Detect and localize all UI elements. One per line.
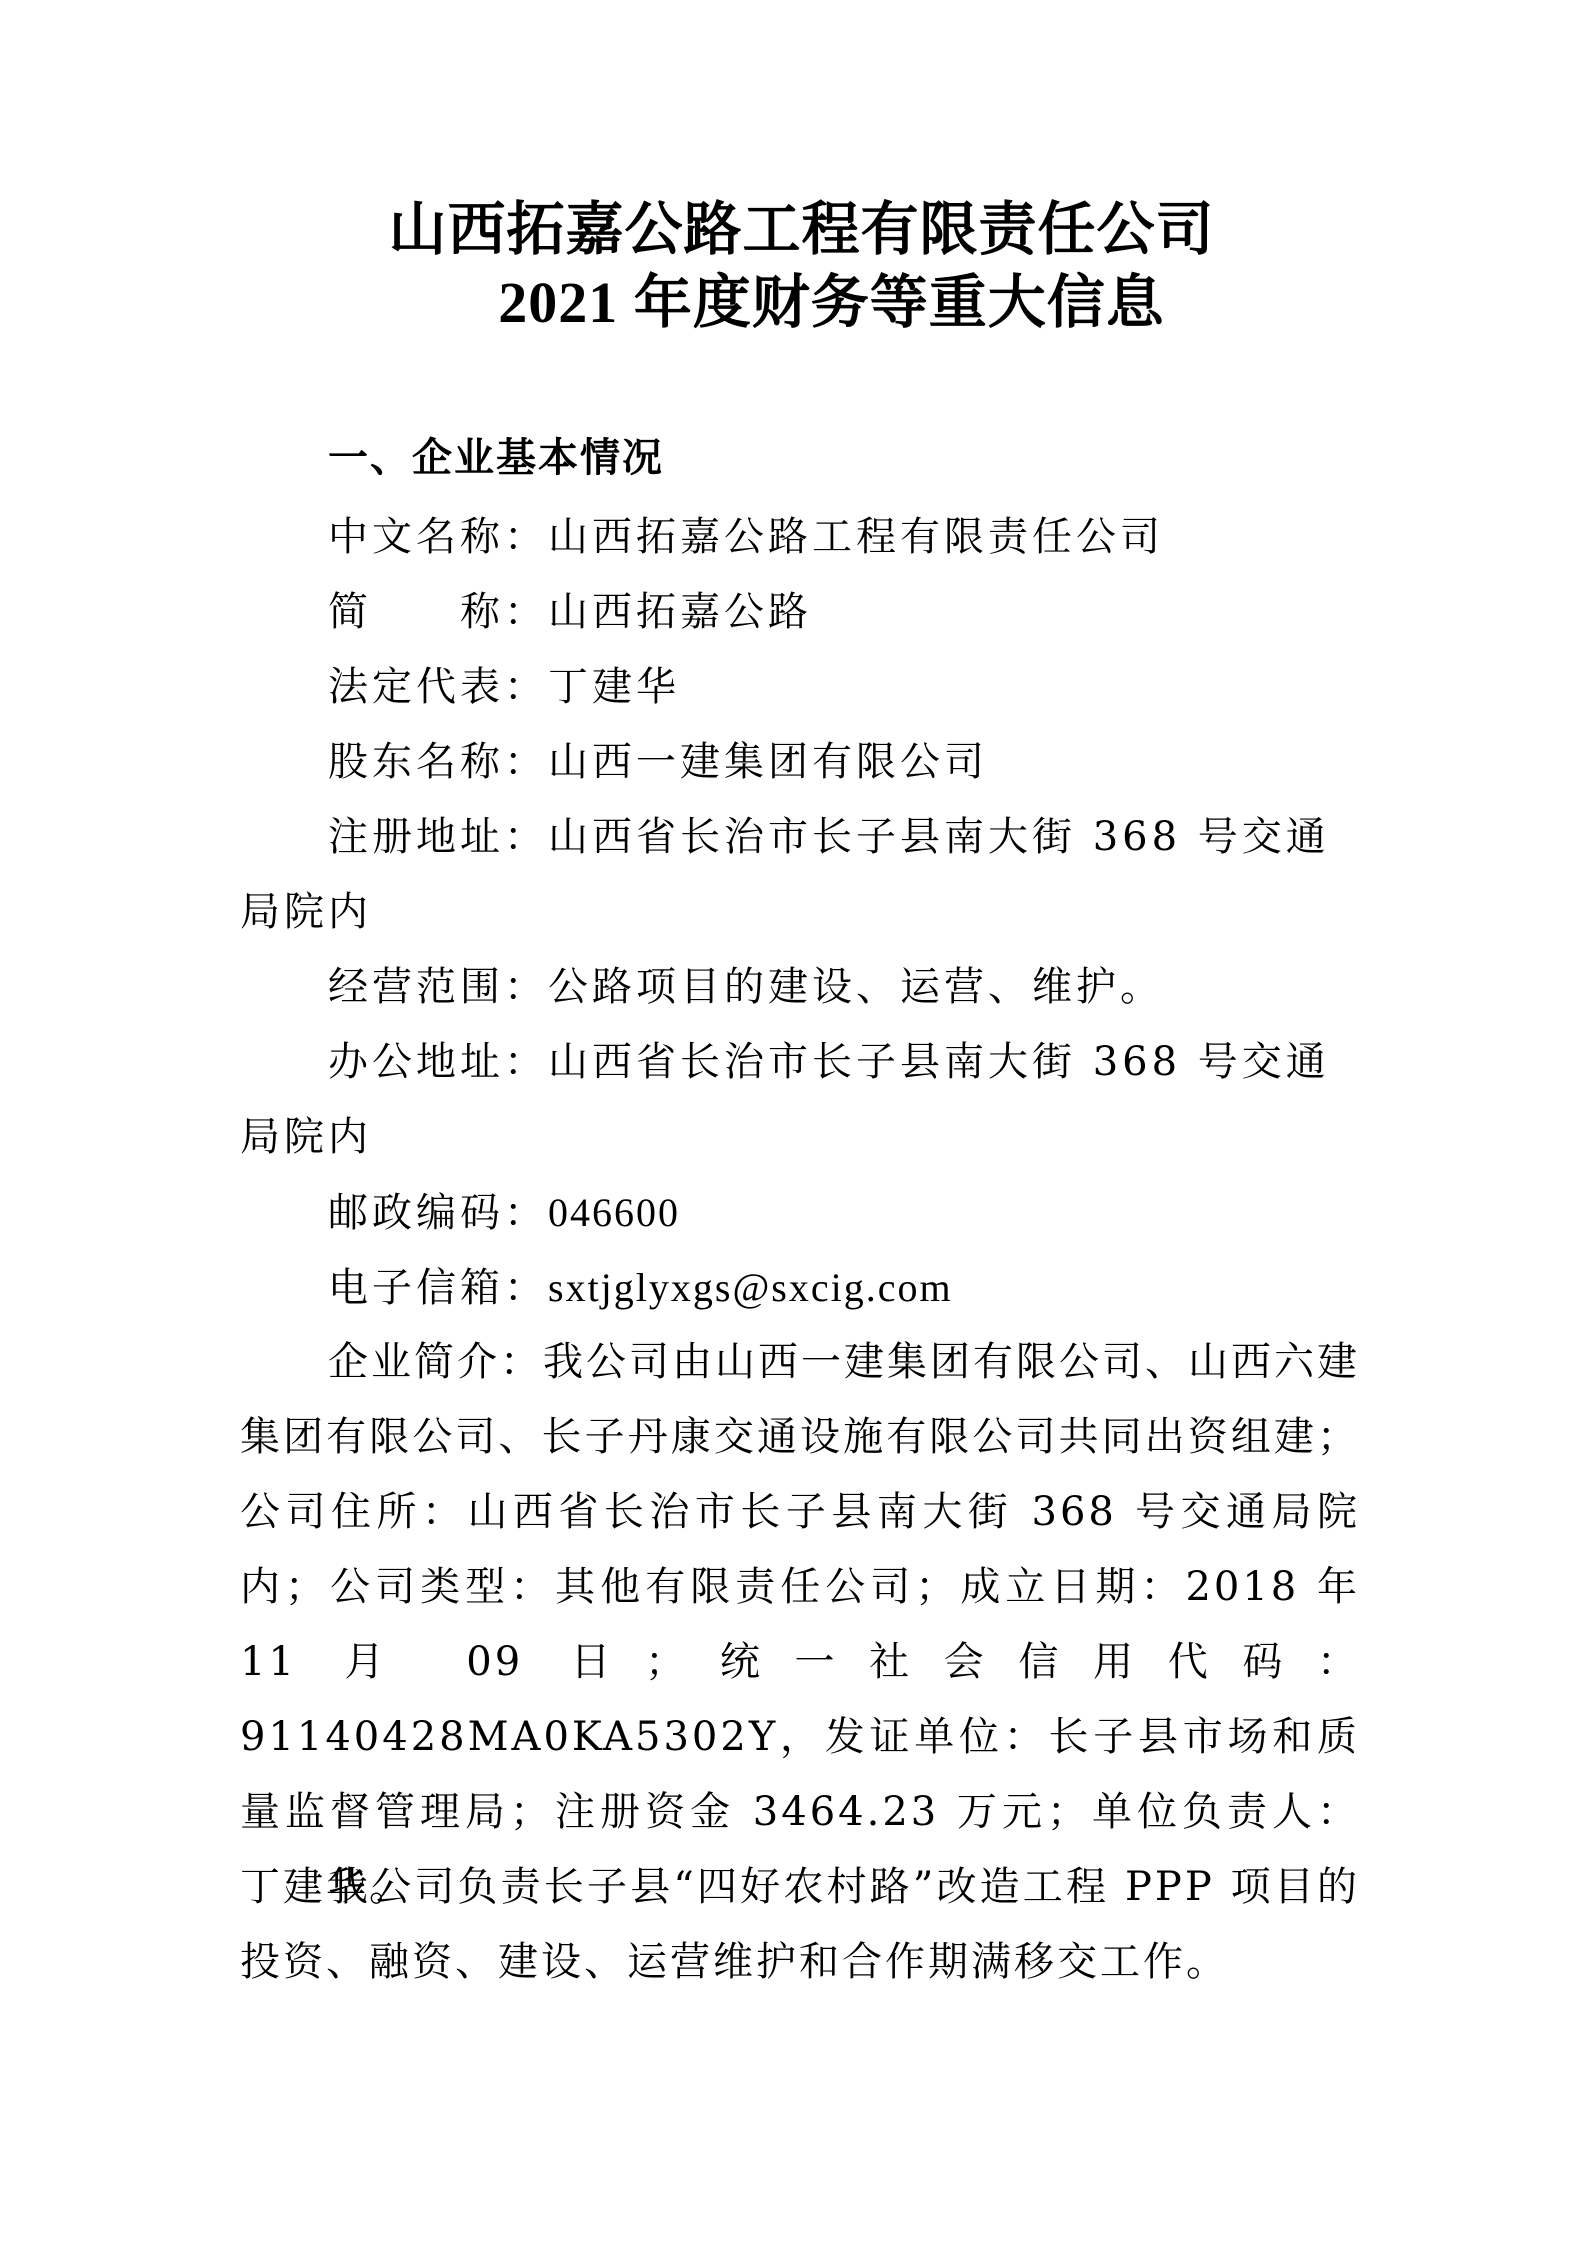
- email-link[interactable]: sxtjglyxgs@sxcig.com: [548, 1265, 953, 1310]
- document-title-line-1: 山西拓嘉公路工程有限责任公司: [0, 195, 1587, 265]
- paragraph-ppp-project: 我公司负责长子县“四好农村路”改造工程 PPP 项目的投资、融资、建设、运营维护…: [240, 1850, 1360, 2000]
- field-shareholder-name: 股东名称：山西一建集团有限公司: [240, 725, 1360, 800]
- field-email: 电子信箱：sxtjglyxgs@sxcig.com: [240, 1250, 1360, 1326]
- field-postal-code: 邮政编码：046600: [240, 1175, 1360, 1251]
- field-label: 股东名称：: [328, 739, 548, 785]
- field-registered-address: 注册地址：山西省长治市长子县南大街 368 号交通局院内: [240, 800, 1360, 950]
- field-legal-representative: 法定代表：丁建华: [240, 650, 1360, 725]
- field-value: 公路项目的建设、运营、维护。: [548, 964, 1164, 1010]
- field-office-address: 办公地址：山西省长治市长子县南大街 368 号交通局院内: [240, 1025, 1360, 1175]
- field-label: 经营范围：: [328, 964, 548, 1010]
- field-value: 山西拓嘉公路: [548, 589, 812, 635]
- field-value: 我公司由山西一建集团有限公司、山西六建集团有限公司、长子丹康交通设施有限公司共同…: [240, 1339, 1360, 1910]
- document-page: 山西拓嘉公路工程有限责任公司 2021 年度财务等重大信息 一、企业基本情况 中…: [0, 0, 1587, 2245]
- field-value: 丁建华: [548, 664, 680, 710]
- document-title-line-2: 2021 年度财务等重大信息: [0, 268, 1587, 338]
- field-value: 046600: [548, 1190, 680, 1235]
- field-label: 邮政编码：: [328, 1190, 548, 1236]
- field-label: 办公地址：: [328, 1039, 548, 1085]
- field-company-profile: 企业简介：我公司由山西一建集团有限公司、山西六建集团有限公司、长子丹康交通设施有…: [240, 1325, 1360, 1925]
- field-chinese-name: 中文名称：山西拓嘉公路工程有限责任公司: [240, 500, 1360, 575]
- field-short-name: 简 称：山西拓嘉公路: [240, 575, 1360, 650]
- field-value: 山西拓嘉公路工程有限责任公司: [548, 514, 1164, 560]
- field-value: 山西一建集团有限公司: [548, 739, 988, 785]
- field-label: 企业简介：: [328, 1339, 543, 1385]
- field-label: 中文名称：: [328, 514, 548, 560]
- section-heading-basic-info: 一、企业基本情况: [328, 428, 664, 488]
- field-label: 注册地址：: [328, 814, 548, 860]
- field-label: 电子信箱：: [328, 1265, 548, 1311]
- field-business-scope: 经营范围：公路项目的建设、运营、维护。: [240, 950, 1360, 1025]
- field-label: 简 称：: [328, 589, 548, 635]
- field-label: 法定代表：: [328, 664, 548, 710]
